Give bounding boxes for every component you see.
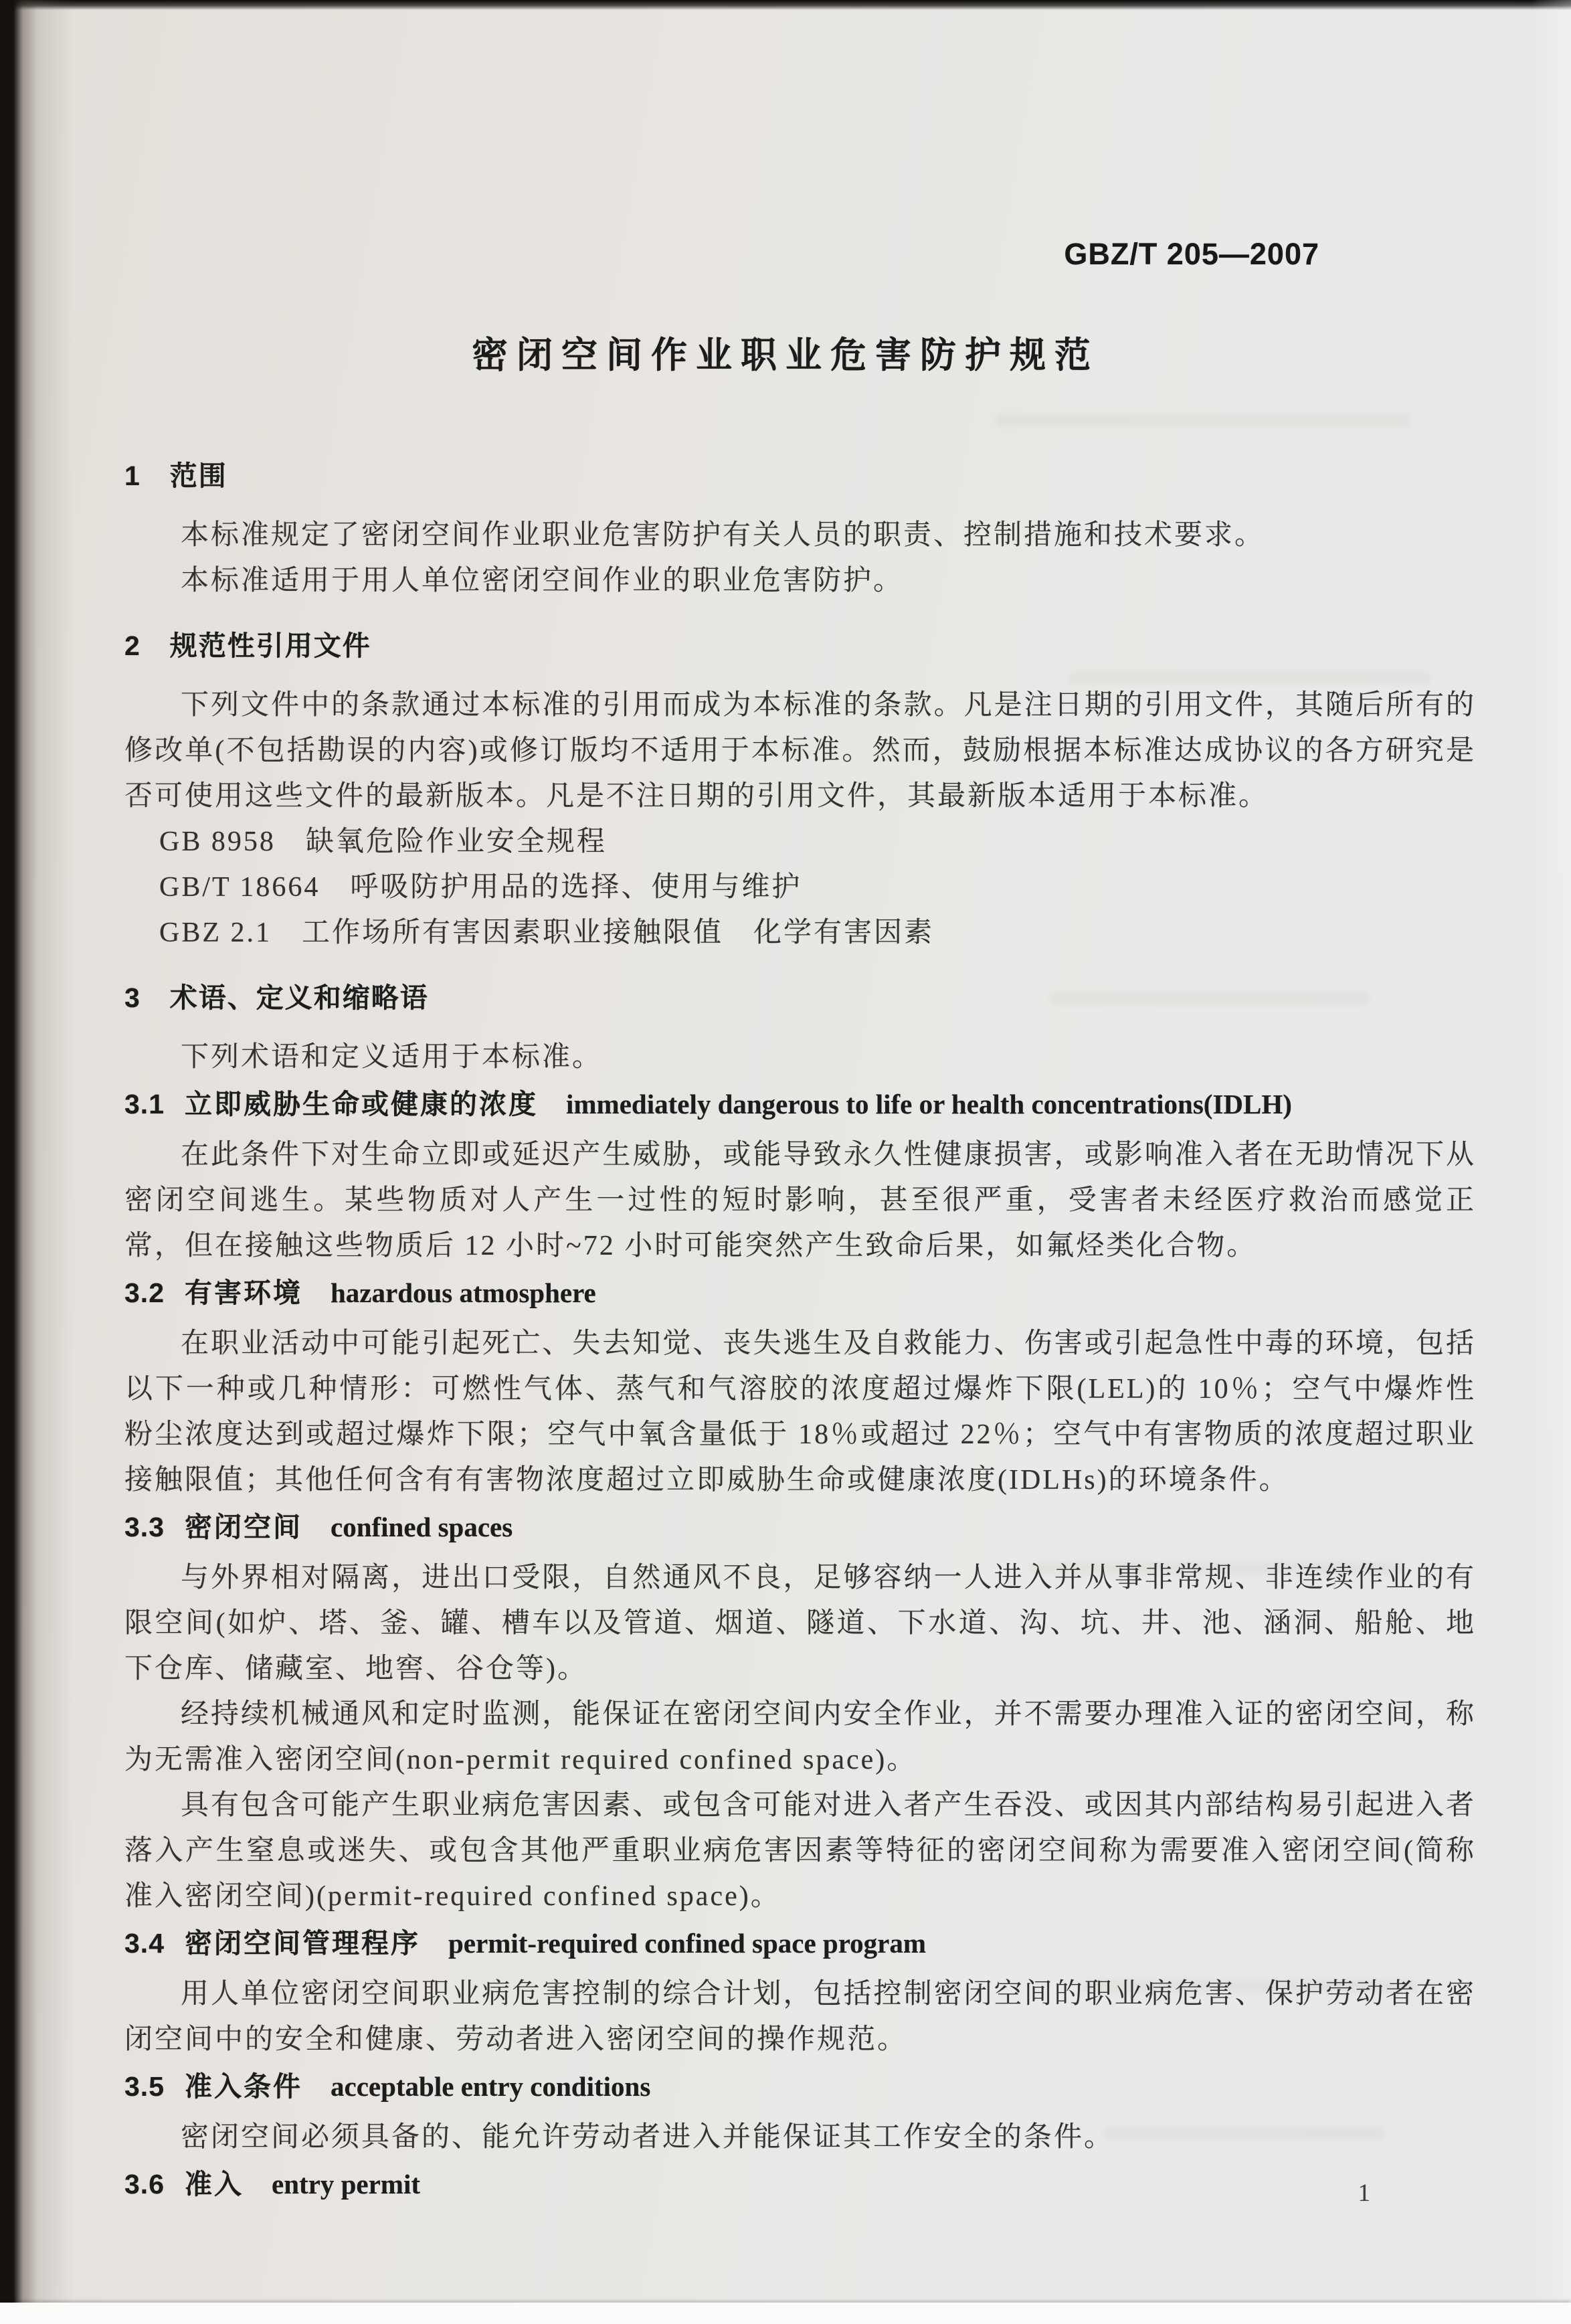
term-number: 3.1 bbox=[124, 1089, 165, 1120]
term-definition-paragraph: 经持续机械通风和定时监测，能保证在密闭空间内安全作业，并不需要办理准入证的密闭空… bbox=[124, 1692, 1476, 1783]
term-name-zh: 密闭空间 bbox=[185, 1512, 302, 1542]
term-number: 3.5 bbox=[124, 2071, 165, 2102]
document-title: 密闭空间作业职业危害防护规范 bbox=[0, 327, 1571, 378]
references-intro-paragraph: 下列文件中的条款通过本标准的引用而成为本标准的条款。凡是注日期的引用文件，其随后… bbox=[124, 683, 1476, 819]
section-scope-heading: 1 范围 bbox=[124, 460, 1476, 491]
term-name-zh: 立即威胁生命或健康的浓度 bbox=[185, 1089, 538, 1120]
term-name-en: acceptable entry conditions bbox=[331, 2071, 650, 2102]
term-heading-3-3: 3.3密闭空间confined spaces bbox=[124, 1510, 1476, 1551]
scope-paragraph-1: 本标准规定了密闭空间作业职业危害防护有关人员的职责、控制措施和技术要求。 bbox=[124, 513, 1476, 558]
bleed-through-artifact bbox=[996, 415, 1410, 426]
term-name-en: immediately dangerous to life or health … bbox=[566, 1089, 1292, 1120]
term-definition-paragraph: 密闭空间必须具备的、能允许劳动者进入并能保证其工作安全的条件。 bbox=[124, 2115, 1476, 2160]
term-definition-paragraph: 用人单位密闭空间职业病危害控制的综合计划，包括控制密闭空间的职业病危害、保护劳动… bbox=[124, 1971, 1476, 2062]
term-name-zh: 密闭空间管理程序 bbox=[185, 1928, 420, 1959]
terms-intro-paragraph: 下列术语和定义适用于本标准。 bbox=[124, 1035, 1476, 1080]
term-name-en: permit-required confined space program bbox=[448, 1928, 926, 1959]
document-body: 1 范围 本标准规定了密闭空间作业职业危害防护有关人员的职责、控制措施和技术要求… bbox=[124, 460, 1476, 2212]
reference-item: GB/T 18664 呼吸防护用品的选择、使用与维护 bbox=[124, 865, 1476, 910]
scan-edge-bottom bbox=[0, 2303, 1571, 2324]
reference-item: GBZ 2.1 工作场所有害因素职业接触限值 化学有害因素 bbox=[124, 910, 1476, 956]
term-name-en: hazardous atmosphere bbox=[331, 1277, 596, 1308]
term-heading-3-4: 3.4密闭空间管理程序permit-required confined spac… bbox=[124, 1926, 1476, 1967]
term-name-zh: 准入 bbox=[185, 2169, 244, 2200]
term-name-en: confined spaces bbox=[331, 1512, 513, 1542]
term-definition-paragraph: 在职业活动中可能引起死亡、失去知觉、丧失逃生及自救能力、伤害或引起急性中毒的环境… bbox=[124, 1321, 1476, 1503]
term-name-zh: 有害环境 bbox=[185, 1277, 302, 1308]
section-references-heading: 2 规范性引用文件 bbox=[124, 630, 1476, 661]
term-heading-3-6: 3.6准入entry permit bbox=[124, 2167, 1476, 2208]
scan-edge-top bbox=[0, 0, 1571, 10]
term-heading-3-2: 3.2有害环境hazardous atmosphere bbox=[124, 1275, 1476, 1317]
term-number: 3.4 bbox=[124, 1928, 165, 1959]
term-number: 3.2 bbox=[124, 1277, 165, 1308]
term-name-zh: 准入条件 bbox=[185, 2071, 302, 2102]
standard-number: GBZ/T 205—2007 bbox=[1064, 237, 1319, 272]
scan-edge-right bbox=[1531, 0, 1571, 2303]
section-terms-heading: 3 术语、定义和缩略语 bbox=[124, 982, 1476, 1013]
scan-edge-left bbox=[0, 0, 74, 2324]
term-name-en: entry permit bbox=[272, 2169, 420, 2200]
term-heading-3-1: 3.1立即威胁生命或健康的浓度immediately dangerous to … bbox=[124, 1087, 1476, 1128]
scanned-document-page: GBZ/T 205—2007 密闭空间作业职业危害防护规范 1 范围 本标准规定… bbox=[0, 0, 1571, 2324]
term-number: 3.6 bbox=[124, 2169, 165, 2200]
reference-item: GB 8958 缺氧危险作业安全规程 bbox=[124, 819, 1476, 865]
term-heading-3-5: 3.5准入条件acceptable entry conditions bbox=[124, 2069, 1476, 2111]
term-definition-paragraph: 具有包含可能产生职业病危害因素、或包含可能对进入者产生吞没、或因其内部结构易引起… bbox=[124, 1783, 1476, 1919]
page-number: 1 bbox=[1358, 2179, 1371, 2208]
term-definition-paragraph: 与外界相对隔离，进出口受限，自然通风不良，足够容纳一人进入并从事非常规、非连续作… bbox=[124, 1555, 1476, 1692]
term-definition-paragraph: 在此条件下对生命立即或延迟产生威胁，或能导致永久性健康损害，或影响准入者在无助情… bbox=[124, 1132, 1476, 1269]
scope-paragraph-2: 本标准适用于用人单位密闭空间作业的职业危害防护。 bbox=[124, 558, 1476, 604]
term-number: 3.3 bbox=[124, 1512, 165, 1542]
